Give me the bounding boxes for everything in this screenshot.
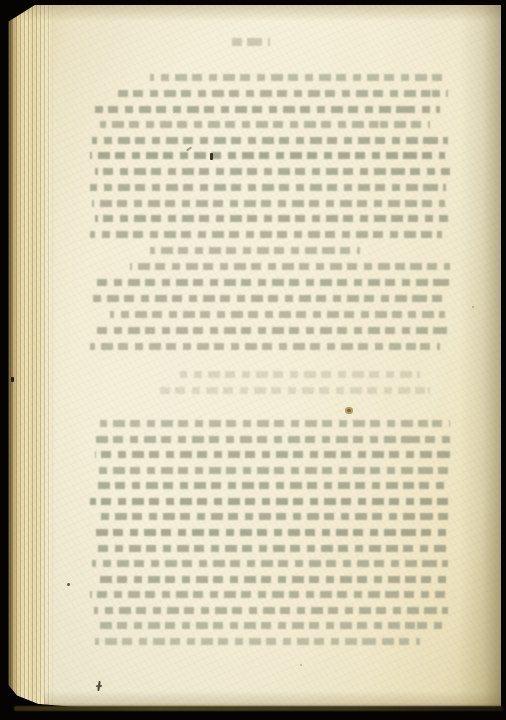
showthrough-line — [160, 387, 430, 394]
showthrough-line — [95, 106, 440, 113]
page-number-showthrough — [232, 38, 270, 46]
showthrough-line — [92, 295, 448, 302]
showthrough-line — [90, 591, 445, 598]
edge-nick — [11, 377, 14, 382]
showthrough-line — [98, 622, 446, 629]
showthrough-line — [90, 184, 446, 191]
dust-dot — [300, 664, 302, 666]
showthrough-line — [118, 90, 448, 97]
showthrough-line — [95, 168, 450, 175]
showthrough-line — [94, 607, 448, 614]
showthrough-line — [100, 121, 430, 128]
book-page — [8, 5, 501, 708]
showthrough-line — [98, 482, 450, 489]
showthrough-line — [95, 638, 420, 645]
ink-speck — [210, 153, 213, 160]
showthrough-line — [100, 420, 450, 427]
dust-dot — [67, 583, 70, 586]
showthrough-line — [92, 467, 448, 474]
showthrough-line — [180, 371, 420, 378]
showthrough-line — [150, 247, 360, 254]
showthrough-line — [95, 327, 450, 334]
showthrough-line — [90, 436, 450, 443]
showthrough-line — [96, 576, 448, 583]
showthrough-line — [95, 279, 452, 286]
showthrough-line — [90, 231, 442, 238]
foxing-spot-core — [347, 409, 351, 412]
showthrough-line — [92, 137, 448, 144]
showthrough-line — [90, 529, 446, 536]
showthrough-line — [90, 498, 448, 505]
text-showthrough-layer — [8, 5, 501, 708]
showthrough-line — [95, 545, 448, 552]
cover-edge-line — [14, 706, 503, 711]
showthrough-line — [95, 215, 448, 222]
showthrough-line — [92, 200, 445, 207]
showthrough-line — [94, 513, 448, 520]
showthrough-line — [90, 152, 445, 159]
book-scan — [0, 0, 506, 720]
showthrough-line — [130, 263, 450, 270]
dust-dot — [472, 306, 474, 308]
dust-dot — [150, 330, 152, 332]
showthrough-line — [92, 560, 448, 567]
showthrough-line — [150, 74, 442, 81]
showthrough-line — [95, 451, 450, 458]
showthrough-line — [90, 343, 440, 350]
showthrough-line — [110, 311, 445, 318]
